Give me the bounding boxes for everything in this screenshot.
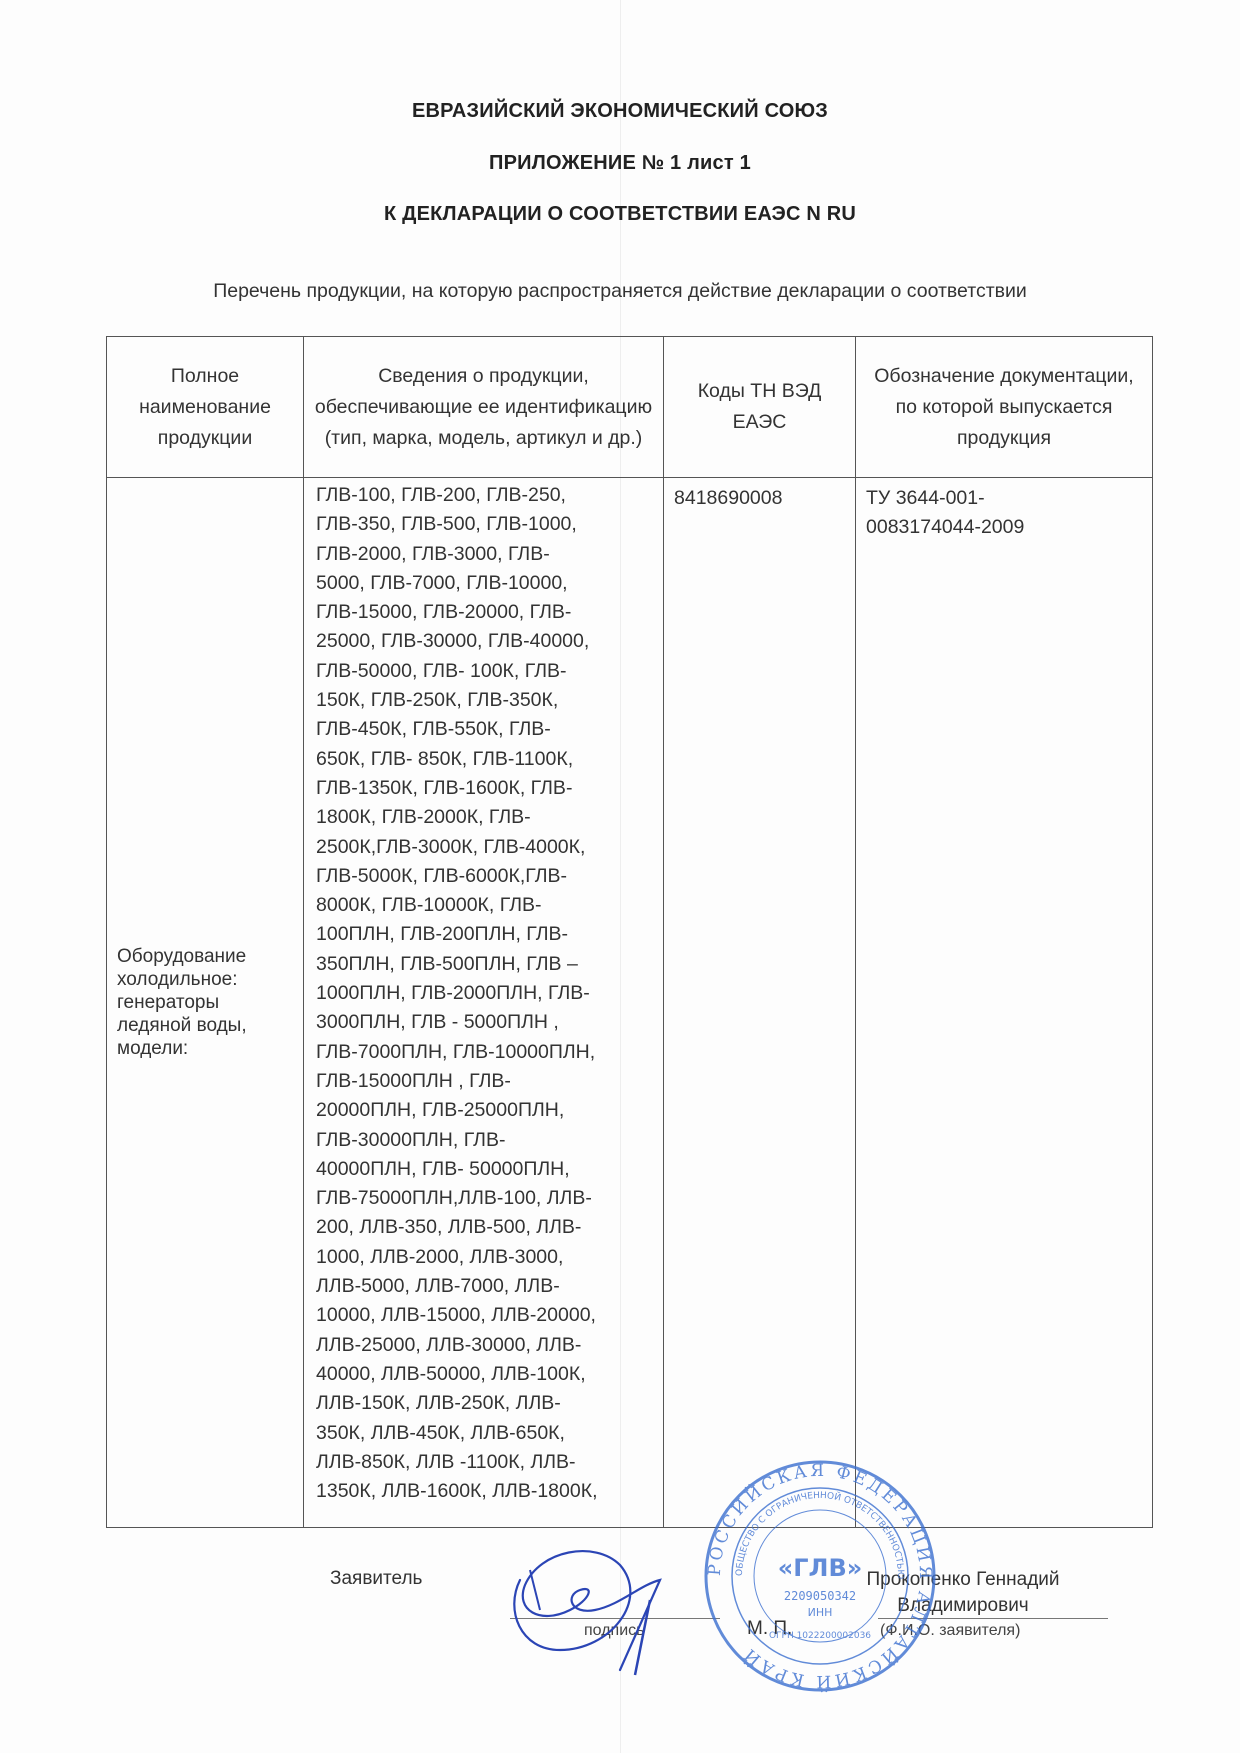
models-line: 40000, ЛЛВ-50000, ЛЛВ-100К, [316,1360,653,1389]
models-line: ГЛВ-100, ГЛВ-200, ГЛВ-250, [316,481,653,510]
union-title: ЕВРАЗИЙСКИЙ ЭКОНОМИЧЕСКИЙ СОЮЗ [0,100,1240,123]
models-line: 350ПЛН, ГЛВ-500ПЛН, ГЛВ – [316,950,653,979]
documentation-line-1: ТУ 3644-001- [866,484,1142,513]
models-line: 200, ЛЛВ-350, ЛЛВ-500, ЛЛВ- [316,1213,653,1242]
models-line: 3000ПЛН, ГЛВ - 5000ПЛН , [316,1008,653,1037]
table-header-row: Полное наименование продукции Сведения о… [107,337,1153,478]
models-line: ГЛВ-15000ПЛН , ГЛВ- [316,1067,653,1096]
documentation-line-2: 0083174044-2009 [866,513,1142,542]
svg-text:«ГЛВ»: «ГЛВ» [778,1554,863,1582]
models-line: ГЛВ-1350К, ГЛВ-1600К, ГЛВ- [316,774,653,803]
products-table: Полное наименование продукции Сведения о… [106,336,1153,1528]
signature-icon [500,1540,680,1680]
models-line: 8000К, ГЛВ-10000К, ГЛВ- [316,891,653,920]
models-line: ЛЛВ-150К, ЛЛВ-250К, ЛЛВ- [316,1389,653,1418]
models-line: ЛЛВ-5000, ЛЛВ-7000, ЛЛВ- [316,1272,653,1301]
column-header-hs-codes: Коды ТН ВЭД ЕАЭС [664,337,856,478]
declaration-title: К ДЕКЛАРАЦИИ О СООТВЕТСТВИИ ЕАЭС N RU [0,203,1240,226]
models-line: ГЛВ-2000, ГЛВ-3000, ГЛВ- [316,540,653,569]
models-line: 20000ПЛН, ГЛВ-25000ПЛН, [316,1096,653,1125]
column-header-name: Полное наименование продукции [107,337,304,478]
column-header-documentation: Обозначение документации, по которой вып… [856,337,1153,478]
models-line: 1800К, ГЛВ-2000К, ГЛВ- [316,803,653,832]
models-line: 150К, ГЛВ-250К, ГЛВ-350К, [316,686,653,715]
models-line: ГЛВ-50000, ГЛВ- 100К, ГЛВ- [316,657,653,686]
models-line: 10000, ЛЛВ-15000, ЛЛВ-20000, [316,1301,653,1330]
models-line: ЛЛВ-850К, ЛЛВ -1100К, ЛЛВ- [316,1448,653,1477]
models-line: ЛЛВ-25000, ЛЛВ-30000, ЛЛВ- [316,1331,653,1360]
models-line: 5000, ГЛВ-7000, ГЛВ-10000, [316,569,653,598]
svg-text:2209050342: 2209050342 [784,1589,856,1603]
document-page: ЕВРАЗИЙСКИЙ ЭКОНОМИЧЕСКИЙ СОЮЗ ПРИЛОЖЕНИ… [0,0,1240,1753]
models-line: 1000, ЛЛВ-2000, ЛЛВ-3000, [316,1243,653,1272]
models-line: ГЛВ-5000К, ГЛВ-6000К,ГЛВ- [316,862,653,891]
column-header-identification: Сведения о продукции, обеспечивающие ее … [304,337,664,478]
models-line: 1350К, ЛЛВ-1600К, ЛЛВ-1800К, [316,1477,653,1506]
models-line: ГЛВ-15000, ГЛВ-20000, ГЛВ- [316,598,653,627]
models-line: 40000ПЛН, ГЛВ- 50000ПЛН, [316,1155,653,1184]
models-line: 350К, ЛЛВ-450К, ЛЛВ-650К, [316,1419,653,1448]
applicant-label: Заявитель [330,1568,422,1590]
svg-text:ИНН: ИНН [808,1606,833,1619]
models-line: 1000ПЛН, ГЛВ-2000ПЛН, ГЛВ- [316,979,653,1008]
models-line: 650К, ГЛВ- 850К, ГЛВ-1100К, [316,745,653,774]
models-cell: ГЛВ-100, ГЛВ-200, ГЛВ-250, ГЛВ-350, ГЛВ-… [304,478,664,1528]
models-line: ГЛВ-7000ПЛН, ГЛВ-10000ПЛН, [316,1038,653,1067]
models-line: ГЛВ-30000ПЛН, ГЛВ- [316,1126,653,1155]
models-line: 25000, ГЛВ-30000, ГЛВ-40000, [316,627,653,656]
models-line: ГЛВ-75000ПЛН,ЛЛВ-100, ЛЛВ- [316,1184,653,1213]
models-line: 100ПЛН, ГЛВ-200ПЛН, ГЛВ- [316,920,653,949]
documentation-cell: ТУ 3644-001- 0083174044-2009 [856,478,1153,1528]
models-line: ГЛВ-350, ГЛВ-500, ГЛВ-1000, [316,510,653,539]
appendix-title: ПРИЛОЖЕНИЕ № 1 лист 1 [0,152,1240,175]
svg-text:ОГРН 1022200002036: ОГРН 1022200002036 [769,1631,871,1641]
company-stamp-icon: РОССИЙСКАЯ ФЕДЕРАЦИЯ АЛТАЙСКИЙ КРАЙ ОБЩЕ… [700,1456,940,1696]
models-line: ГЛВ-450К, ГЛВ-550К, ГЛВ- [316,715,653,744]
product-name-cell: Оборудование холодильное: генераторы лед… [107,478,304,1528]
hs-code-cell: 8418690008 [664,478,856,1528]
intro-text: Перечень продукции, на которую распростр… [0,280,1240,303]
table-row: Оборудование холодильное: генераторы лед… [107,478,1153,1528]
models-line: 2500К,ГЛВ-3000К, ГЛВ-4000К, [316,833,653,862]
